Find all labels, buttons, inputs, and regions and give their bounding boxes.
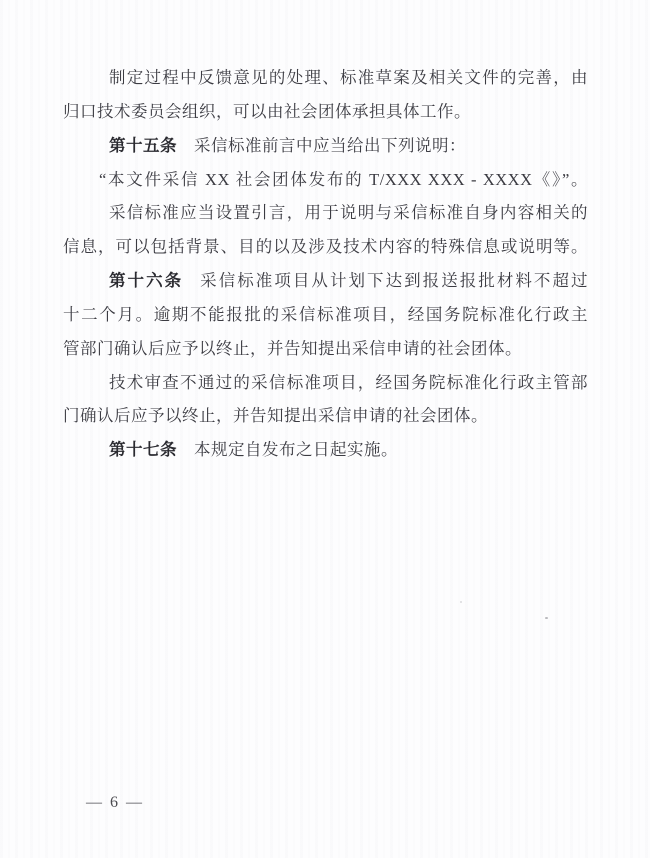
document-body: 制定过程中反馈意见的处理、标准草案及相关文件的完善，由 归口技术委员会组织，可以…	[63, 61, 588, 467]
article-text: 本规定自发布之日起实施。	[194, 440, 398, 459]
article-number: 第十五条	[109, 137, 177, 155]
article-number: 第十七条	[109, 441, 177, 459]
document-line-quote: “本文件采信 XX 社会团体发布的 T/XXX XXX - XXXX《》”。	[63, 163, 588, 197]
document-line: 采信标准应当设置引言，用于说明与采信标准自身内容相关的	[63, 196, 588, 230]
document-line: 信息，可以包括背景、目的以及涉及技术内容的特殊信息或说明等。	[63, 230, 588, 264]
document-line: 管部门确认后应予以终止，并告知提出采信申请的社会团体。	[63, 332, 588, 366]
scanned-document-page: 制定过程中反馈意见的处理、标准草案及相关文件的完善，由 归口技术委员会组织，可以…	[0, 0, 650, 858]
document-line: 制定过程中反馈意见的处理、标准草案及相关文件的完善，由	[63, 61, 588, 95]
document-line: 技术审查不通过的采信标准项目，经国务院标准化行政主管部	[63, 366, 588, 400]
document-line: 门确认后应予以终止，并告知提出采信申请的社会团体。	[63, 399, 588, 433]
article-text: 采信标准前言中应当给出下列说明：	[194, 136, 466, 155]
document-line-article-15: 第十五条采信标准前言中应当给出下列说明：	[63, 129, 588, 163]
article-number: 第十六条	[109, 272, 183, 290]
article-text: 采信标准项目从计划下达到报送报批材料不超过	[200, 271, 588, 290]
page-number: — 6 —	[86, 793, 144, 813]
document-line-article-16: 第十六条采信标准项目从计划下达到报送报批材料不超过	[63, 264, 588, 298]
document-line-article-17: 第十七条本规定自发布之日起实施。	[63, 433, 588, 467]
scan-speck	[545, 617, 548, 619]
document-line: 十二个月。逾期不能报批的采信标准项目，经国务院标准化行政主	[63, 298, 588, 332]
scan-speck	[460, 601, 462, 603]
document-line: 归口技术委员会组织，可以由社会团体承担具体工作。	[63, 95, 588, 129]
